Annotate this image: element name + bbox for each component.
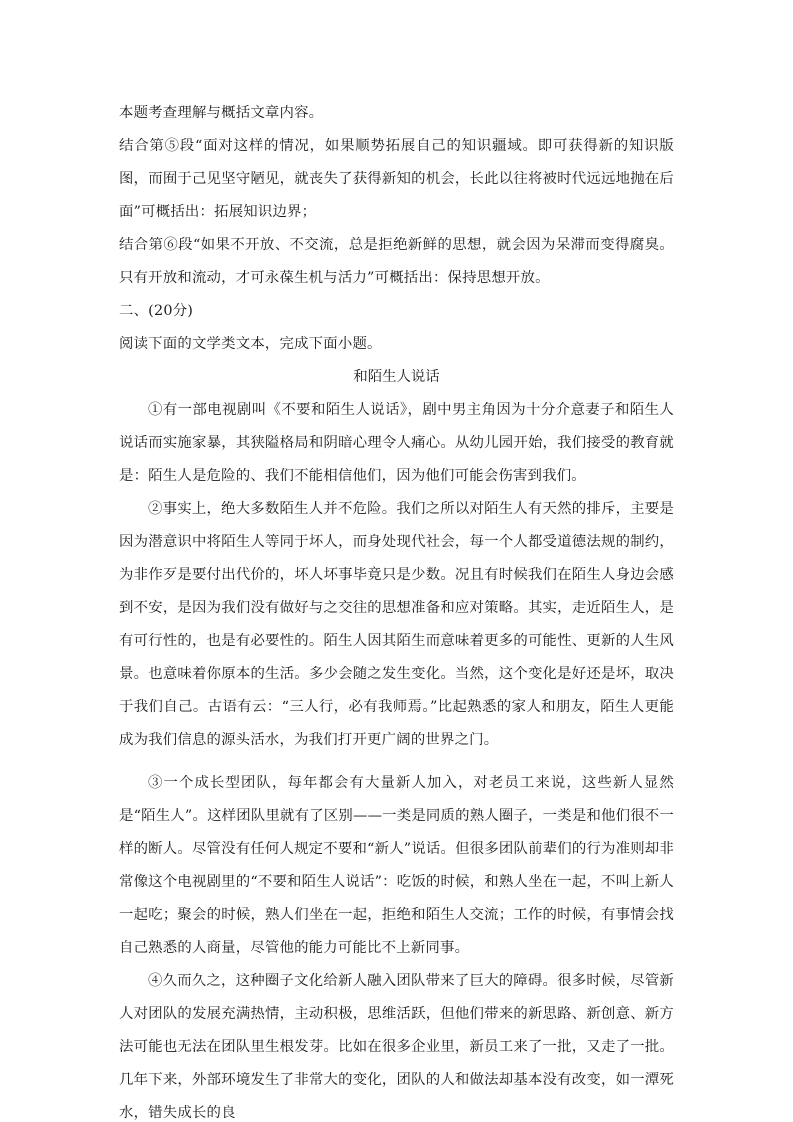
answer-point-1: 结合第⑤段“面对这样的情况，如果顺势拓展自己的知识疆域。即可获得新的知识版图，而… bbox=[119, 130, 674, 229]
article-paragraph-4: ④久而久之，这种圈子文化给新人融入团队带来了巨大的障碍。很多时候，尽管新人对团队… bbox=[119, 965, 674, 1122]
paragraph-gap bbox=[119, 757, 674, 767]
article-paragraph-3: ③一个成长型团队，每年都会有大量新人加入，对老员工来说，这些新人显然是“陌生人”… bbox=[119, 767, 674, 965]
answer-point-2: 结合第⑥段“如果不开放、不交流，总是拒绝新鲜的思想，就会因为呆滞而变得腐臭。只有… bbox=[119, 229, 674, 295]
section-instruction: 阅读下面的文学类文本，完成下面小题。 bbox=[119, 328, 674, 361]
article-paragraph-2: ②事实上，绝大多数陌生人并不危险。我们之所以对陌生人有天然的排斥，主要是因为潜意… bbox=[119, 493, 674, 757]
section-heading: 二、(20分) bbox=[119, 295, 674, 328]
article-paragraph-1: ①有一部电视剧叫《不要和陌生人说话》，剧中男主角因为十分介意妻子和陌生人说话而实… bbox=[119, 394, 674, 493]
answer-intro: 本题考查理解与概括文章内容。 bbox=[119, 97, 674, 130]
article-title: 和陌生人说话 bbox=[119, 361, 674, 394]
document-page: 本题考查理解与概括文章内容。 结合第⑤段“面对这样的情况，如果顺势拓展自己的知识… bbox=[119, 97, 674, 1122]
